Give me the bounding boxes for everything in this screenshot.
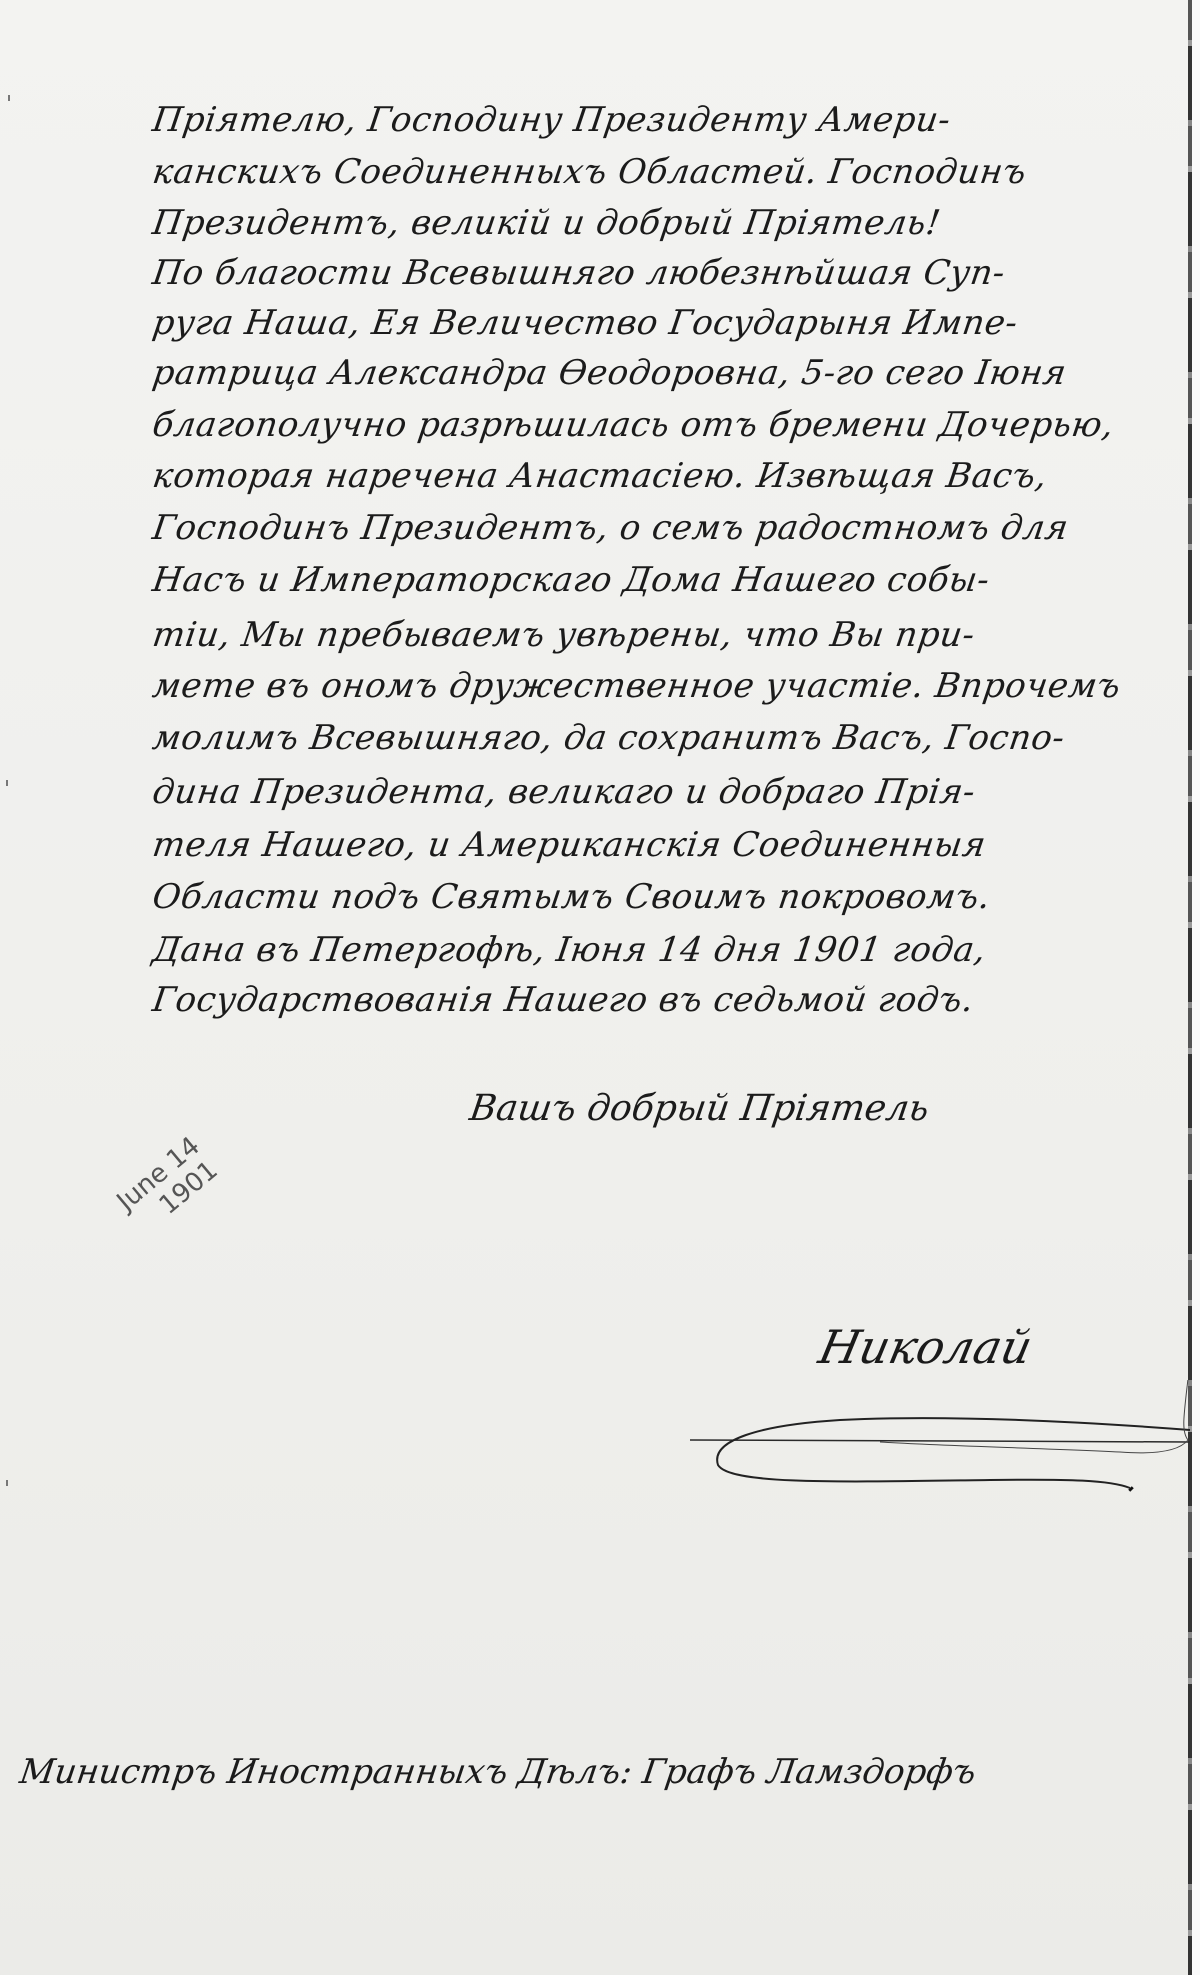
body-line: ратрица Александра Ѳеодоровна, 5-го сего… [150,353,1069,393]
body-line: мете въ ономъ дружественное участіе. Впр… [150,666,1123,706]
body-line: Государствованія Нашего въ седьмой годъ. [150,980,976,1020]
body-line: канскихъ Соединенныхъ Областей. Господин… [150,152,1029,192]
body-line: По благости Всевышняго любезнѣйшая Суп- [150,253,1008,293]
foreign-minister-countersignature: Министръ Иностранныхъ Дѣлъ: Графъ Ламздо… [17,1752,978,1792]
signature-flourish [640,1380,1200,1520]
paper-speck [6,780,8,786]
body-line: благополучно разрѣшилась отъ бремени Доч… [150,405,1116,445]
body-line: теля Нашего, и Американскія Соединенныя [150,825,988,865]
body-line: Области подъ Святымъ Своимъ покровомъ. [150,877,993,917]
body-line: тіи, Мы пребываемъ увѣрены, что Вы при- [150,615,977,655]
body-line: Господинъ Президентъ, о семъ радостномъ … [150,508,1071,548]
body-line: Насъ и Императорскаго Дома Нашего собы- [150,560,992,600]
paper-speck [8,95,10,101]
body-line: Президентъ, великій и добрый Пріятель! [150,203,943,243]
body-line: Пріятелю, Господину Президенту Амери- [150,100,953,140]
body-line: руга Наша, Ея Величество Государыня Импе… [150,303,1020,343]
page-margin-right [1192,0,1200,1975]
imperial-signature: Николай [814,1320,1037,1374]
body-line: дина Президента, великаго и добраго Прія… [150,772,978,812]
body-line: Дана въ Петергофѣ, Іюня 14 дня 1901 года… [150,930,989,970]
closing-salutation: Вашъ добрый Пріятель [467,1088,931,1129]
body-line: молимъ Всевышняго, да сохранитъ Васъ, Го… [150,718,1067,758]
body-line: которая наречена Анастасіею. Извѣщая Вас… [150,456,1050,496]
paper-speck [6,1480,8,1486]
